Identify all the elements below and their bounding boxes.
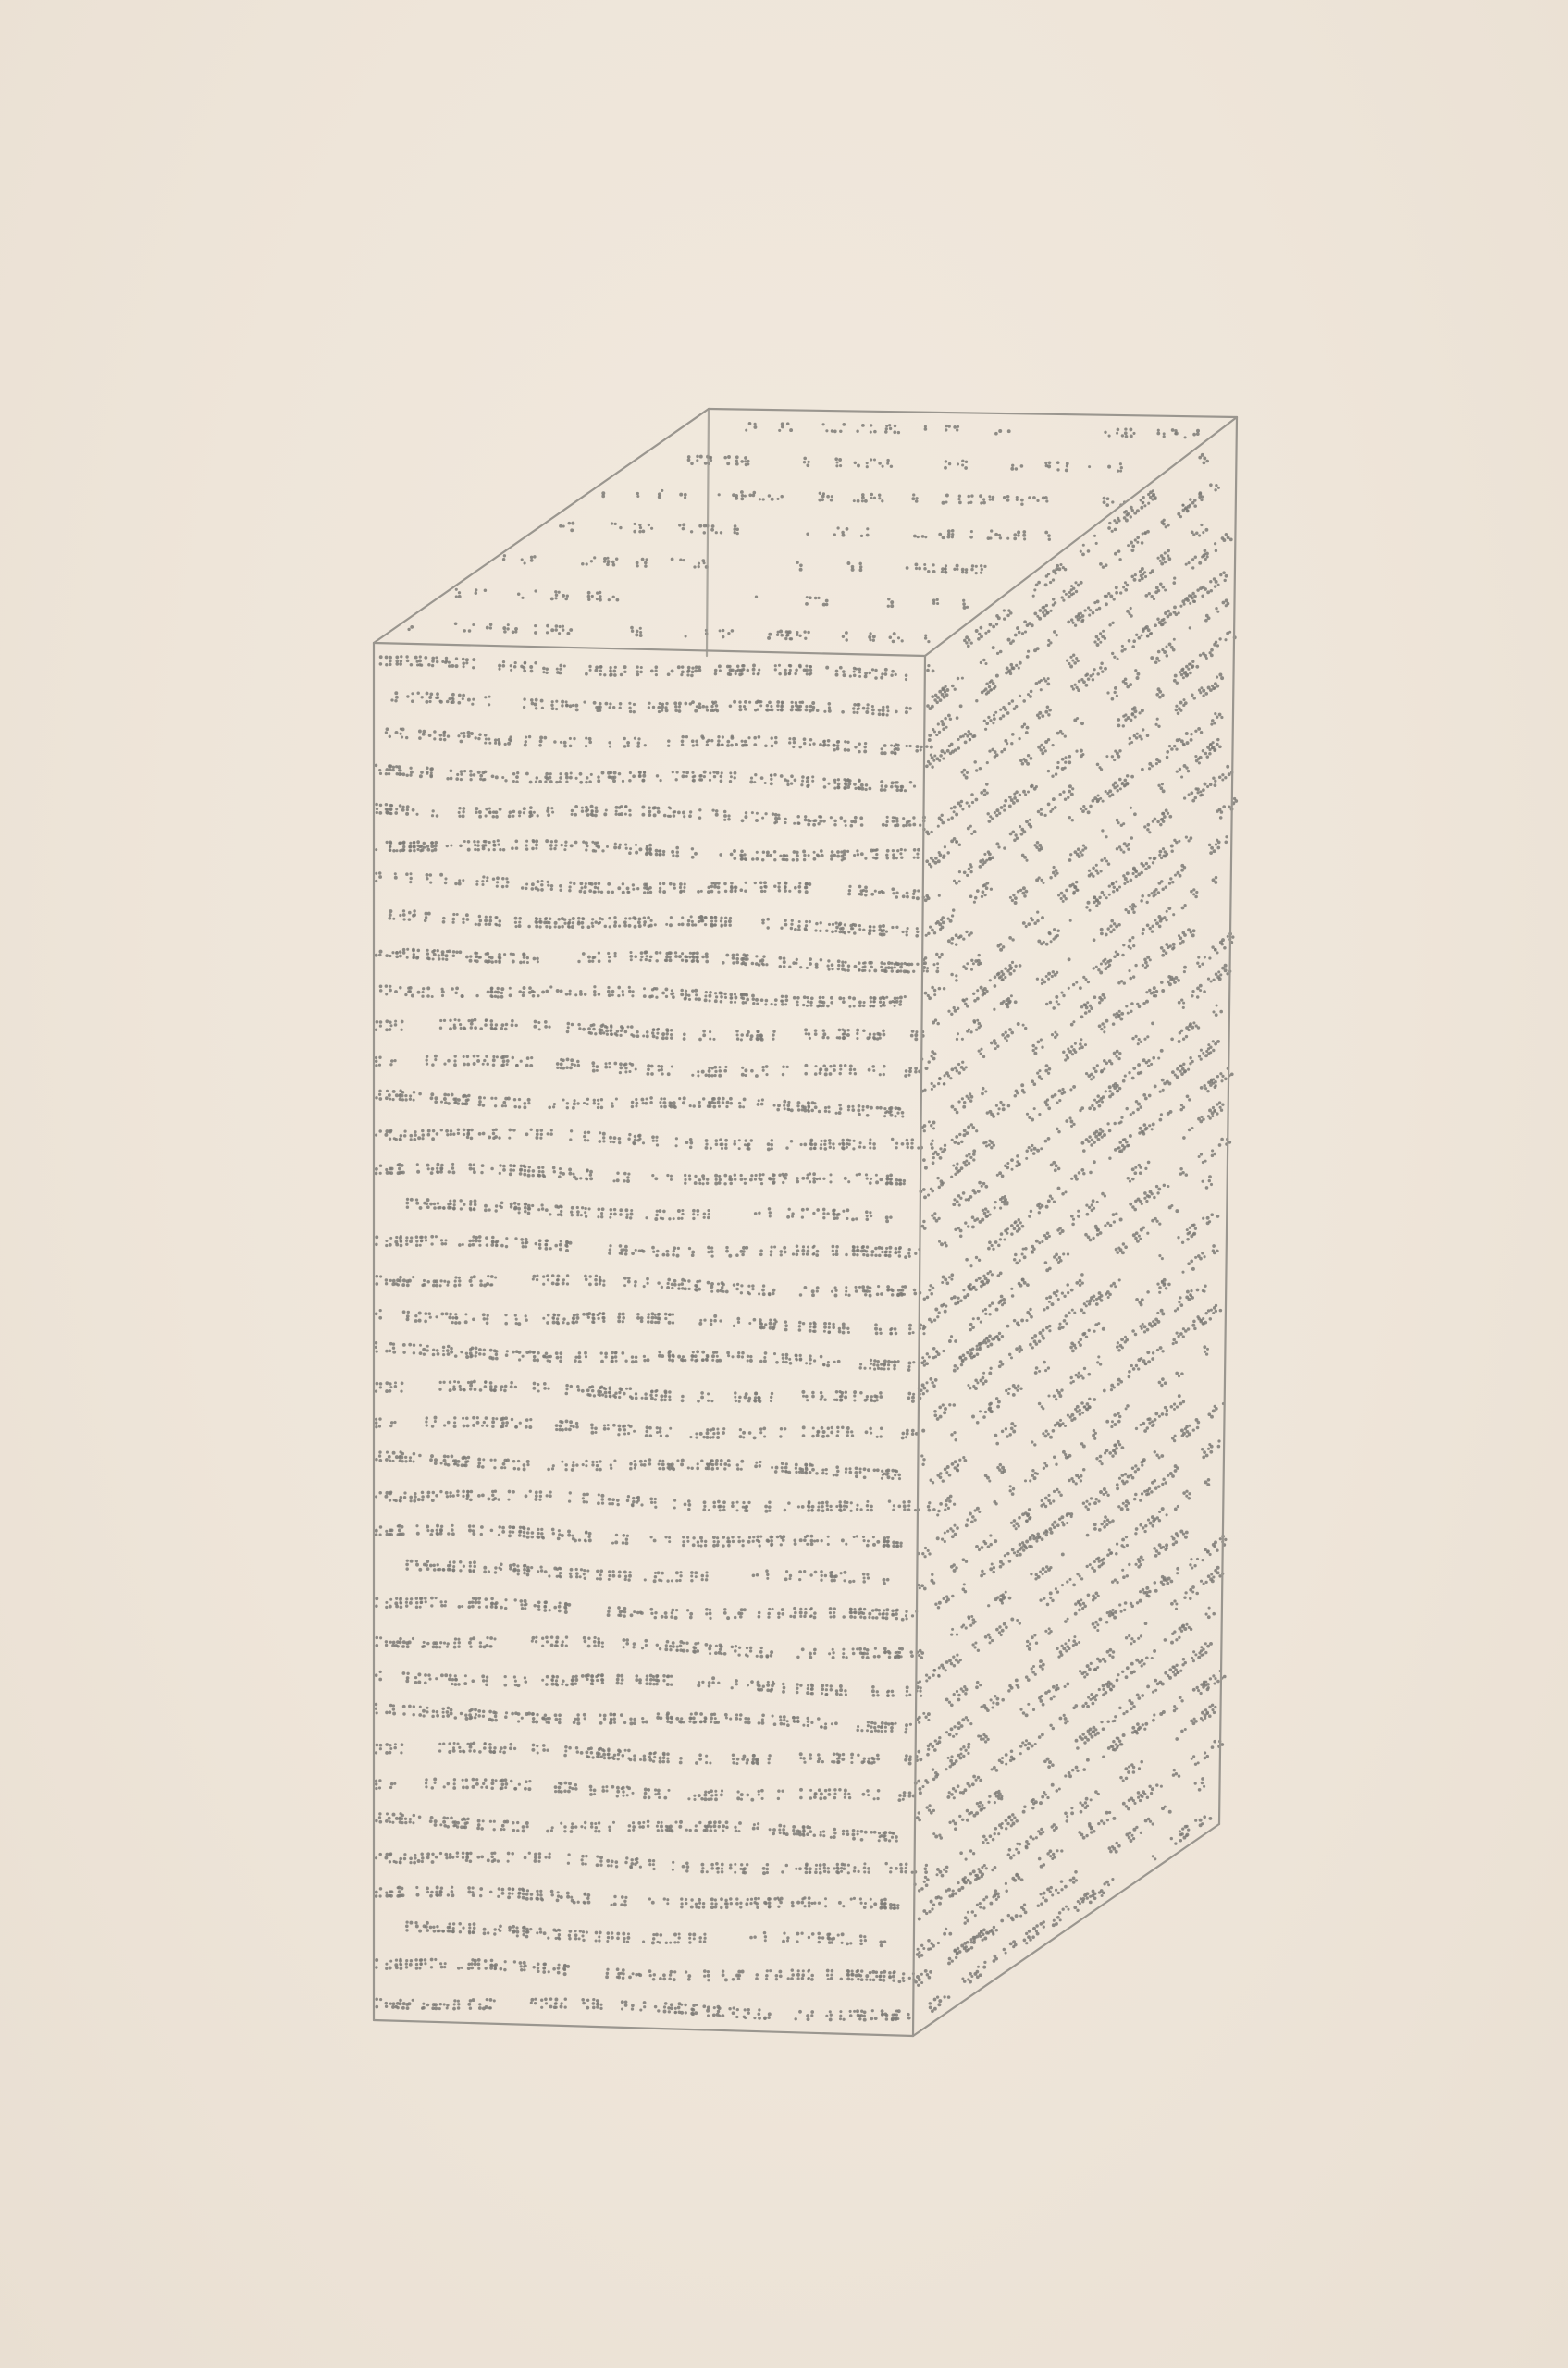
braille-dot-texture <box>375 422 1238 2022</box>
prism-drawing <box>0 0 1568 2368</box>
